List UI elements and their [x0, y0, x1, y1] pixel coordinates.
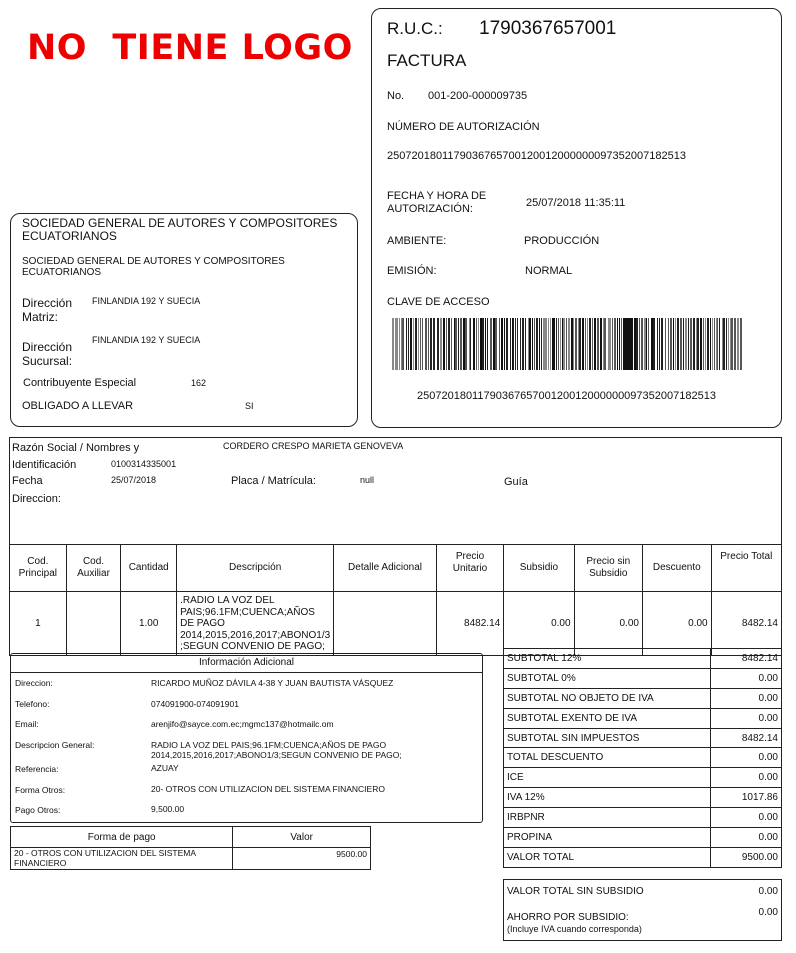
additional-info-box: Información Adicional Direccion: RICARDO…: [10, 653, 483, 823]
access-key-value: 2507201801179036765700120012000000097352…: [417, 390, 716, 402]
cell-precio-total: 8482.14: [711, 592, 781, 656]
col-descripcion: Descripción: [177, 545, 334, 592]
totals-row: ICE0.00: [504, 768, 782, 788]
issuer-name-line1: SOCIEDAD GENERAL DE AUTORES Y COMPOSITOR…: [22, 216, 337, 230]
buyer-address-label: Direccion:: [12, 493, 61, 505]
issue-date-label: Fecha: [12, 475, 43, 487]
subsidy-total-value: 0.00: [759, 886, 778, 897]
plate-value: null: [360, 475, 374, 485]
buyer-name-value: CORDERO CRESPO MARIETA GENOVEVA: [223, 441, 403, 451]
totals-label: IRBPNR: [504, 808, 711, 828]
buyer-id-value: 0100314335001: [111, 459, 176, 469]
additional-info-header: Información Adicional: [11, 654, 482, 673]
col-precio-total: Precio Total: [711, 545, 781, 592]
totals-value: 8482.14: [711, 728, 782, 748]
totals-value: 0.00: [711, 748, 782, 768]
cell-subsidio: 0.00: [504, 592, 574, 656]
issuer-trade-name-line2: ECUATORIANOS: [22, 267, 101, 278]
subsidy-savings-value: 0.00: [759, 907, 778, 918]
col-precio-unitario: Precio Unitario: [436, 545, 503, 592]
totals-label: ICE: [504, 768, 711, 788]
payment-table: Forma de pago Valor 20 - OTROS CON UTILI…: [10, 826, 371, 870]
branch-address-label-line1: Dirección: [22, 340, 72, 354]
subsidy-savings-note: (Incluye IVA cuando corresponda): [507, 924, 642, 934]
info-value-pago-otros: 9,500.00: [151, 804, 184, 814]
totals-label: IVA 12%: [504, 788, 711, 808]
authorization-number: 2507201801179036765700120012000000097352…: [387, 150, 686, 162]
col-cantidad: Cantidad: [121, 545, 177, 592]
issuer-name-line2: ECUATORIANOS: [22, 229, 117, 243]
document-type: FACTURA: [387, 51, 466, 71]
info-label-pago-otros: Pago Otros:: [15, 805, 60, 815]
totals-row: SUBTOTAL NO OBJETO DE IVA0.00: [504, 688, 782, 708]
col-detalle-adicional: Detalle Adicional: [334, 545, 437, 592]
totals-value: 0.00: [711, 768, 782, 788]
authorization-label: NÚMERO DE AUTORIZACIÓN: [387, 121, 540, 133]
totals-table: SUBTOTAL 12%8482.14SUBTOTAL 0%0.00SUBTOT…: [503, 648, 782, 868]
branch-address-value: FINLANDIA 192 Y SUECIA: [92, 335, 200, 345]
environment-value: PRODUCCIÓN: [524, 235, 599, 247]
cell-cantidad: 1.00: [121, 592, 177, 656]
payment-header-row: Forma de pago Valor: [11, 827, 371, 848]
matriz-address-label-line2: Matriz:: [22, 310, 58, 324]
special-taxpayer-label: Contribuyente Especial: [23, 377, 136, 389]
emission-label: EMISIÓN:: [387, 265, 437, 277]
totals-value: 0.00: [711, 708, 782, 728]
issuer-trade-name-line1: SOCIEDAD GENERAL DE AUTORES Y COMPOSITOR…: [22, 256, 285, 267]
info-value-email: arenjifo@sayce.com.ec;mgmc137@hotmailc.o…: [151, 719, 334, 729]
ruc-value: 1790367657001: [479, 18, 616, 40]
totals-label: VALOR TOTAL: [504, 847, 711, 867]
subsidy-box: VALOR TOTAL SIN SUBSIDIO 0.00 AHORRO POR…: [503, 879, 782, 941]
totals-row: SUBTOTAL 0%0.00: [504, 668, 782, 688]
col-descuento: Descuento: [642, 545, 711, 592]
emission-value: NORMAL: [525, 265, 572, 277]
totals-label: SUBTOTAL 0%: [504, 668, 711, 688]
invoice-number-value: 001-200-000009735: [428, 90, 527, 102]
additional-info-title: Información Adicional: [199, 657, 294, 668]
totals-label: PROPINA: [504, 828, 711, 848]
cell-cod-principal: 1: [10, 592, 67, 656]
totals-label: SUBTOTAL NO OBJETO DE IVA: [504, 688, 711, 708]
info-value-telefono: 074091900-074091901: [151, 699, 239, 709]
items-header-row: Cod. Principal Cod. Auxiliar Cantidad De…: [10, 545, 782, 592]
totals-value: 0.00: [711, 688, 782, 708]
totals-value: 0.00: [711, 668, 782, 688]
info-value-direccion: RICARDO MUÑOZ DÁVILA 4-38 Y JUAN BAUTIST…: [151, 678, 393, 688]
buyer-box: Razón Social / Nombres y CORDERO CRESPO …: [9, 437, 782, 545]
special-taxpayer-value: 162: [191, 378, 206, 388]
totals-row: SUBTOTAL SIN IMPUESTOS8482.14: [504, 728, 782, 748]
auth-date-value: 25/07/2018 11:35:11: [526, 197, 625, 209]
totals-label: SUBTOTAL 12%: [504, 649, 711, 669]
invoice-number-label: No.: [387, 90, 404, 102]
payment-method-header: Forma de pago: [11, 827, 233, 848]
col-cod-principal: Cod. Principal: [10, 545, 67, 592]
ruc-label: R.U.C.:: [387, 19, 443, 39]
payment-value: 9500.00: [233, 848, 371, 870]
totals-label: TOTAL DESCUENTO: [504, 748, 711, 768]
branch-address-label-line2: Sucursal:: [22, 354, 72, 368]
plate-label: Placa / Matrícula:: [231, 475, 316, 487]
totals-row: PROPINA0.00: [504, 828, 782, 848]
totals-value: 0.00: [711, 828, 782, 848]
payment-value-header: Valor: [233, 827, 371, 848]
info-label-email: Email:: [15, 719, 39, 729]
totals-row: SUBTOTAL 12%8482.14: [504, 649, 782, 669]
cell-descuento: 0.00: [642, 592, 711, 656]
access-key-label: CLAVE DE ACCESO: [387, 296, 490, 308]
buyer-id-label: Identificación: [12, 459, 76, 471]
cell-precio-sin-subsidio: 0.00: [574, 592, 642, 656]
totals-value: 1017.86: [711, 788, 782, 808]
accounting-obligated-label: OBLIGADO A LLEVAR: [22, 400, 133, 412]
col-cod-auxiliar: Cod. Auxiliar: [66, 545, 121, 592]
totals-value: 9500.00: [711, 847, 782, 867]
matriz-address-value: FINLANDIA 192 Y SUECIA: [92, 296, 200, 306]
cell-cod-auxiliar: [66, 592, 121, 656]
table-row: 1 1.00 .RADIO LA VOZ DEL PAIS;96.1FM;CUE…: [10, 592, 782, 656]
auth-date-label-line1: FECHA Y HORA DE: [387, 190, 486, 202]
totals-value: 0.00: [711, 808, 782, 828]
buyer-name-label: Razón Social / Nombres y: [12, 442, 139, 454]
totals-row: TOTAL DESCUENTO0.00: [504, 748, 782, 768]
matriz-address-label-line1: Dirección: [22, 296, 72, 310]
cell-detalle-adicional: [334, 592, 437, 656]
info-label-forma-otros: Forma Otros:: [15, 785, 65, 795]
info-label-descripcion: Descripcion General:: [15, 740, 94, 750]
issue-date-value: 25/07/2018: [111, 475, 156, 485]
totals-value: 8482.14: [711, 649, 782, 669]
info-value-forma-otros: 20- OTROS CON UTILIZACION DEL SISTEMA FI…: [151, 784, 385, 794]
info-label-telefono: Telefono:: [15, 699, 50, 709]
payment-method: 20 - OTROS CON UTILIZACION DEL SISTEMA F…: [11, 848, 233, 870]
info-label-direccion: Direccion:: [15, 678, 53, 688]
totals-row: SUBTOTAL EXENTO DE IVA0.00: [504, 708, 782, 728]
totals-row: VALOR TOTAL9500.00: [504, 847, 782, 867]
subsidy-savings-label: AHORRO POR SUBSIDIO:: [507, 912, 629, 923]
info-value-descripcion: RADIO LA VOZ DEL PAIS;96.1FM;CUENCA;AÑOS…: [151, 740, 451, 760]
totals-label: SUBTOTAL EXENTO DE IVA: [504, 708, 711, 728]
totals-row: IVA 12%1017.86: [504, 788, 782, 808]
totals-row: IRBPNR0.00: [504, 808, 782, 828]
totals-label: SUBTOTAL SIN IMPUESTOS: [504, 728, 711, 748]
subsidy-total-label: VALOR TOTAL SIN SUBSIDIO: [507, 886, 644, 897]
guide-label: Guía: [504, 476, 528, 488]
accounting-obligated-value: SI: [245, 401, 254, 411]
items-table: Cod. Principal Cod. Auxiliar Cantidad De…: [9, 544, 782, 656]
auth-date-label-line2: AUTORIZACIÓN:: [387, 203, 473, 215]
logo-placeholder: NO TIENE LOGO: [27, 28, 353, 68]
info-label-referencia: Referencia:: [15, 764, 58, 774]
issuer-box: SOCIEDAD GENERAL DE AUTORES Y COMPOSITOR…: [10, 213, 358, 427]
access-key-barcode: [392, 318, 747, 370]
table-row: 20 - OTROS CON UTILIZACION DEL SISTEMA F…: [11, 848, 371, 870]
info-value-referencia: AZUAY: [151, 763, 179, 773]
col-precio-sin-subsidio: Precio sin Subsidio: [574, 545, 642, 592]
col-subsidio: Subsidio: [504, 545, 574, 592]
cell-precio-unitario: 8482.14: [436, 592, 503, 656]
cell-descripcion: .RADIO LA VOZ DEL PAIS;96.1FM;CUENCA;AÑO…: [177, 592, 334, 656]
environment-label: AMBIENTE:: [387, 235, 446, 247]
